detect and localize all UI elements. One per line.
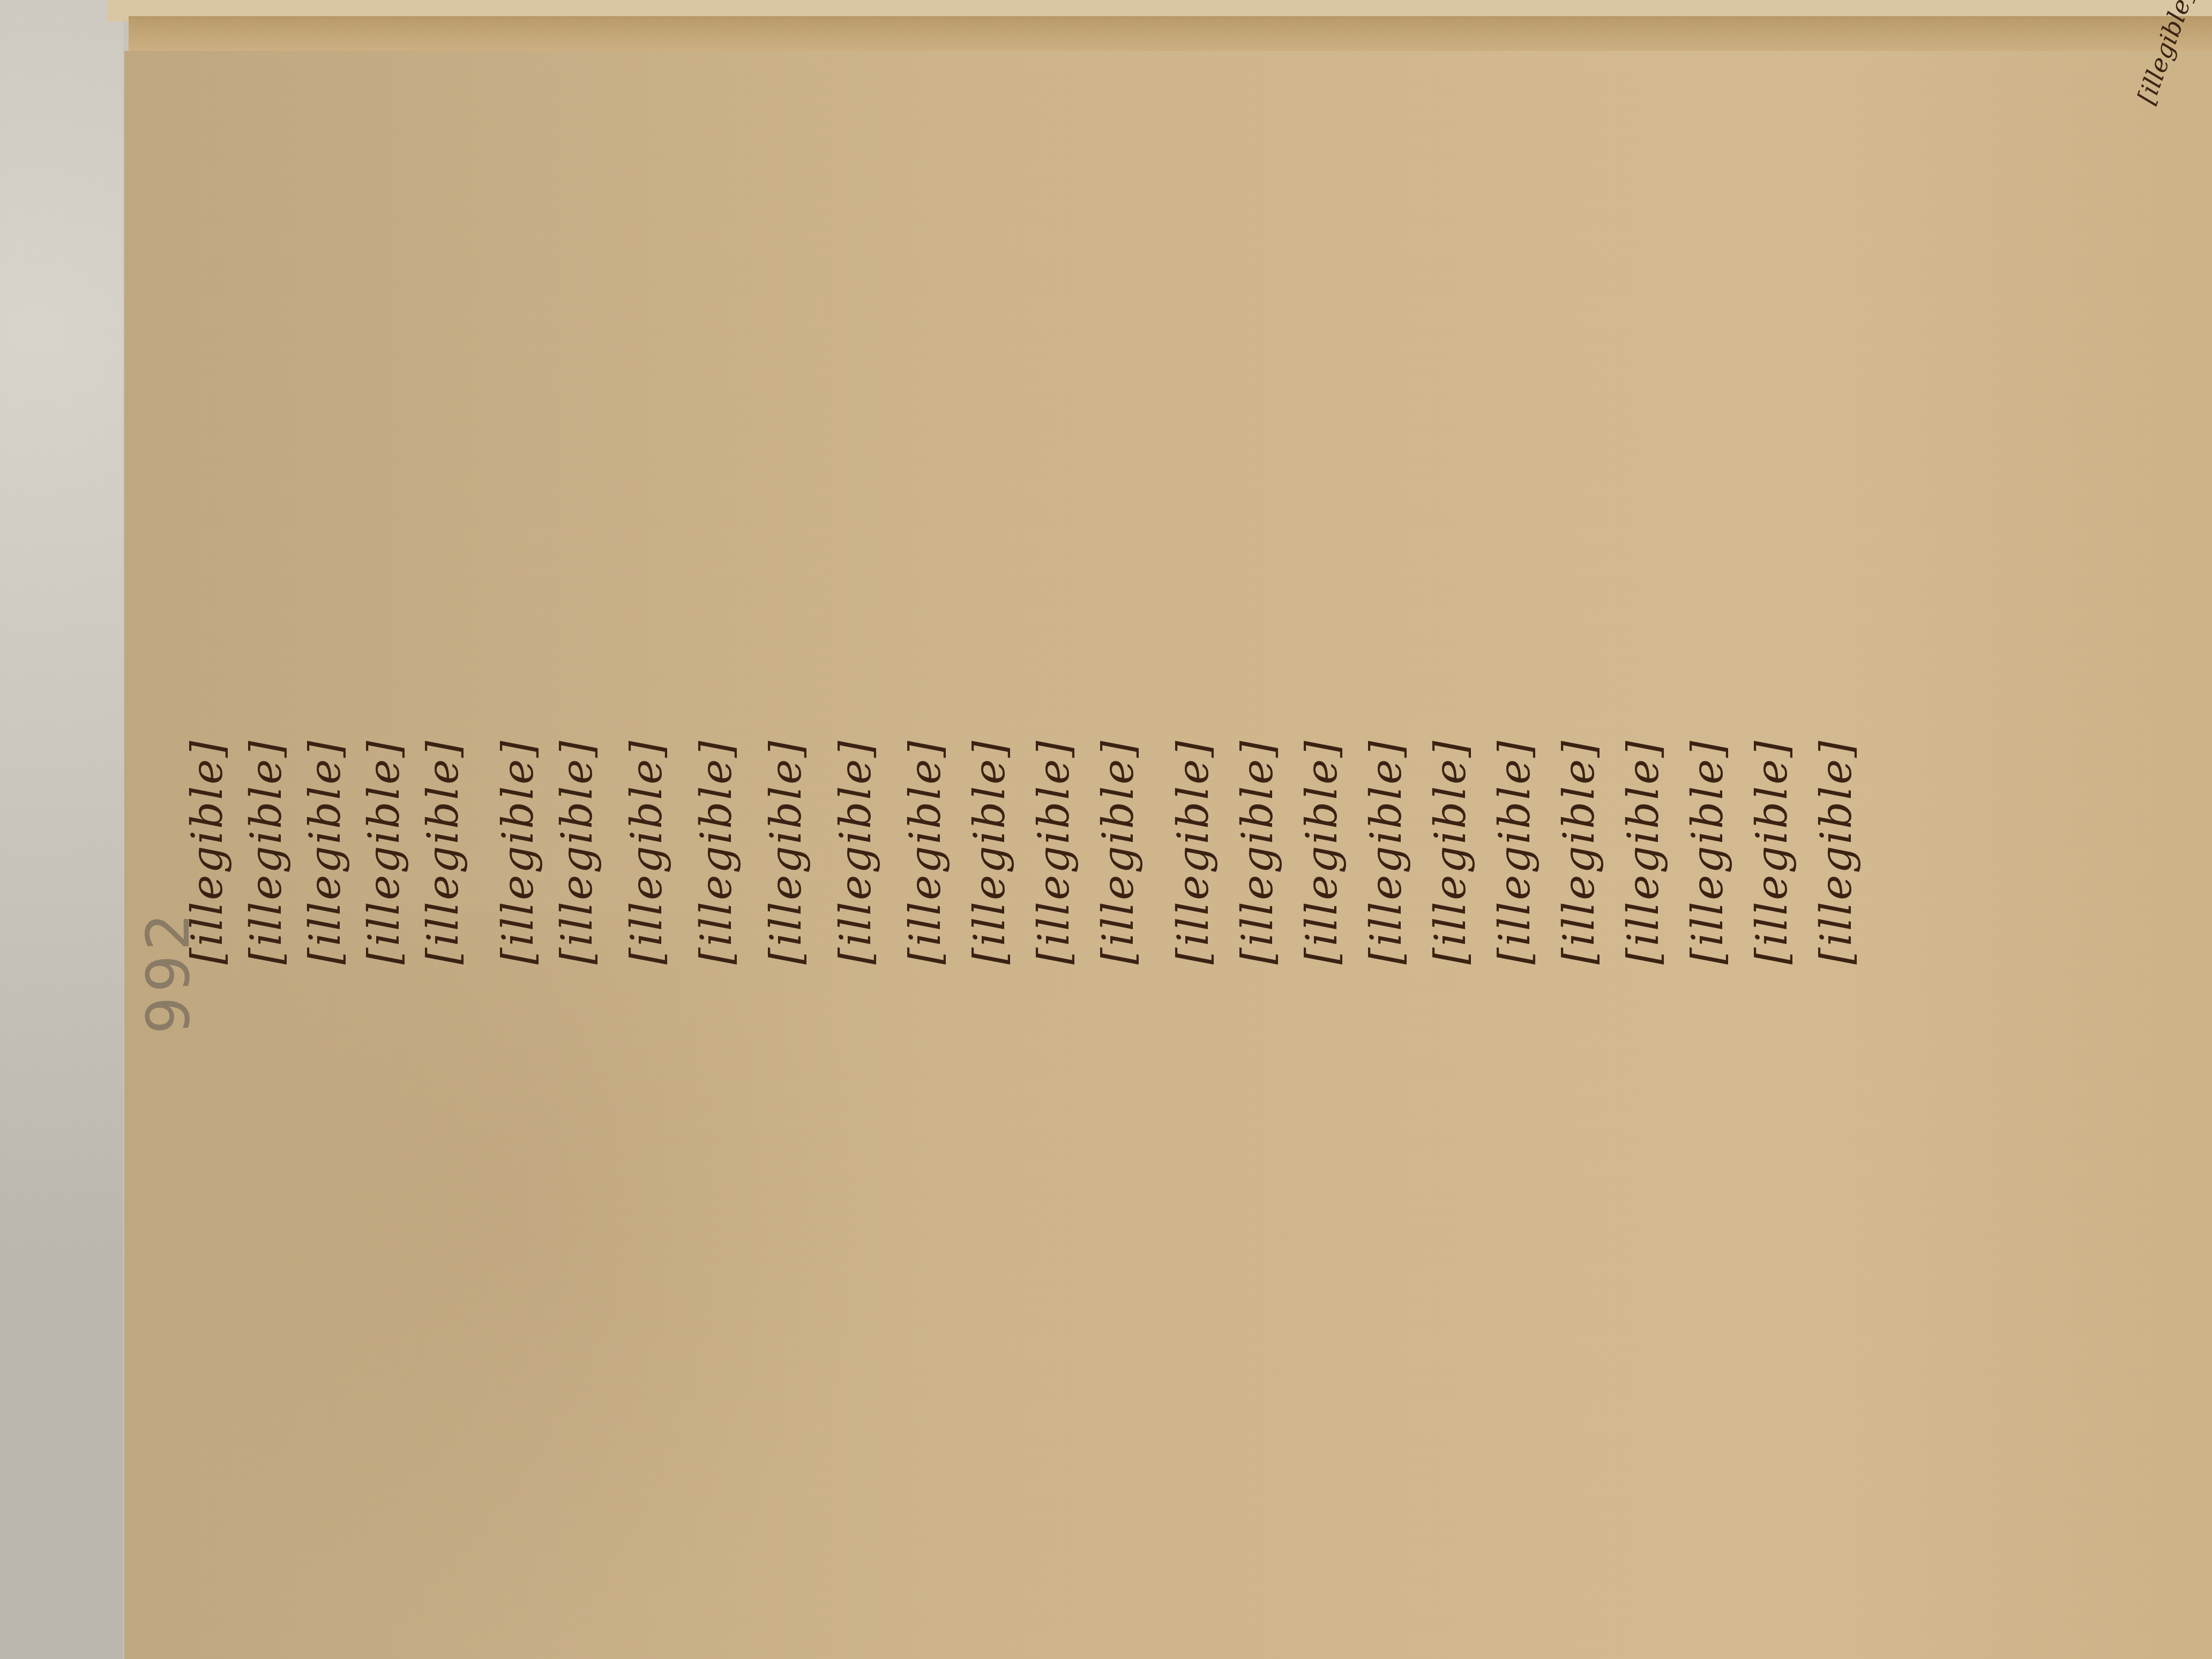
manuscript-line: [illegible] <box>900 86 959 965</box>
manuscript-line: [illegible] <box>359 129 418 965</box>
manuscript-line: [illegible] <box>1747 418 1806 965</box>
paper-stain <box>129 911 879 1659</box>
manuscript-line: [illegible] <box>1297 375 1356 965</box>
manuscript-line: [illegible] <box>1168 322 1227 965</box>
manuscript-line: [illegible] <box>1029 75 1088 965</box>
manuscript-line: [illegible] <box>1811 429 1870 965</box>
manuscript-line: [illegible] <box>691 96 750 965</box>
manuscript-line: [illegible] <box>1554 397 1613 965</box>
manuscript-line: [illegible] <box>622 86 681 965</box>
manuscript-line: [illegible] <box>965 75 1023 965</box>
manuscript-line: [illegible] <box>761 96 820 965</box>
manuscript-line: [illegible] <box>418 150 477 965</box>
manuscript-line: [illegible] <box>1618 386 1677 965</box>
manuscript-line: [illegible] <box>1683 397 1742 965</box>
manuscript-line: [illegible] <box>1361 375 1420 965</box>
manuscript-line: [illegible] <box>831 80 890 965</box>
handwritten-text-block: [illegible][illegible][illegible][illegi… <box>182 64 2090 975</box>
manuscript-line: [illegible] <box>1490 402 1549 965</box>
manuscript-line: [illegible] <box>182 204 241 965</box>
manuscript-line: [illegible] <box>1425 397 1484 965</box>
manuscript-line: [illegible] <box>1093 80 1152 965</box>
manuscript-line: [illegible] <box>493 643 552 965</box>
manuscript-line: [illegible] <box>1232 354 1291 965</box>
manuscript-line: [illegible] <box>300 96 359 965</box>
manuscript-line: [illegible] <box>552 75 611 965</box>
background-cloth <box>0 0 123 1659</box>
manuscript-line: [illegible] <box>241 107 300 965</box>
